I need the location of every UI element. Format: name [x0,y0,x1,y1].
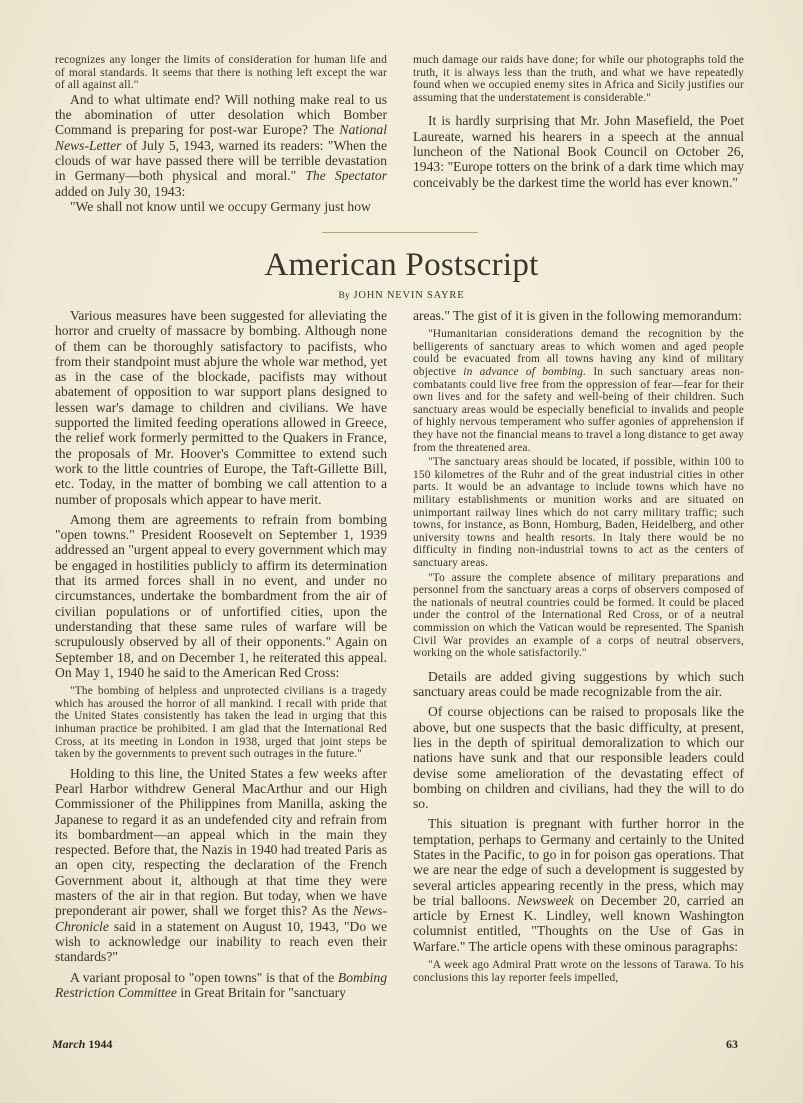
section-divider [322,232,478,233]
quote-continuation: recognizes any longer the limits of cons… [55,54,387,92]
magazine-page: recognizes any longer the limits of cons… [0,0,803,1103]
page-number: 63 [726,1037,738,1052]
publication-title: The Spectator [305,168,387,183]
paragraph: Holding to this line, the United States … [55,766,387,965]
previous-article-left-column: recognizes any longer the limits of cons… [55,54,387,214]
paragraph: A variant proposal to "open towns" is th… [55,970,387,1001]
paragraph: Among them are agreements to refrain fro… [55,512,387,680]
article-title: American Postscript [0,247,803,284]
byline: By JOHN NEVIN SAYRE [0,290,803,301]
paragraph: Details are added giving suggestions by … [413,669,744,700]
emphasis: in advance of bombing. [463,366,586,378]
quote-start: "We shall not know until we occupy Germa… [55,199,387,214]
paragraph: Various measures have been suggested for… [55,308,387,507]
block-quote: "Humanitarian considerations demand the … [413,328,744,454]
issue-date: March 1944 [52,1037,112,1052]
paragraph: And to what ultimate end? Will nothing m… [55,92,387,199]
byline-prefix: By [339,291,351,301]
article-right-column: areas." The gist of it is given in the f… [413,308,744,984]
block-quote: "The sanctuary areas should be located, … [413,456,744,569]
block-quote: "The bombing of helpless and unprotected… [55,685,387,761]
paragraph: This situation is pregnant with further … [413,816,744,954]
previous-article-right-column: much damage our raids have done; for whi… [413,54,744,190]
block-quote: "A week ago Admiral Pratt wrote on the l… [413,959,744,984]
article-left-column: Various measures have been suggested for… [55,308,387,1000]
paragraph: It is hardly surprising that Mr. John Ma… [413,113,744,189]
paragraph: Of course objections can be raised to pr… [413,704,744,811]
publication-title: Newsweek [517,893,574,908]
author-name: JOHN NEVIN SAYRE [353,290,464,301]
block-quote: "To assure the complete absence of milit… [413,572,744,660]
paragraph: areas." The gist of it is given in the f… [413,308,744,323]
quote-continuation: much damage our raids have done; for whi… [413,54,744,104]
